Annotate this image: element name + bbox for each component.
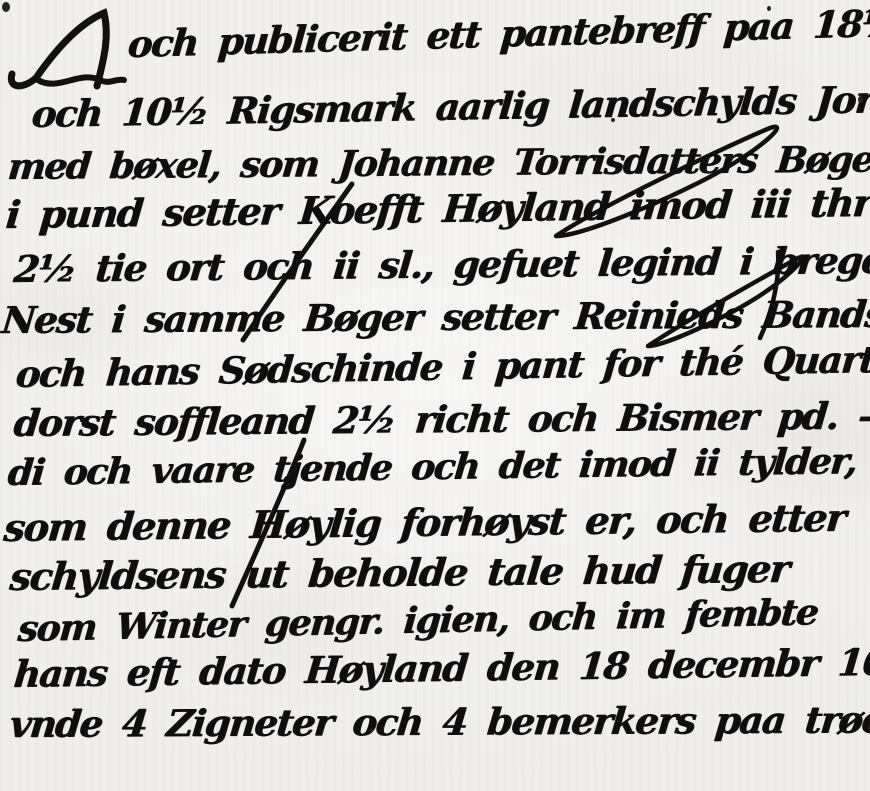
manuscript-line: hans eft dato Høyland den 18 decembr 166… <box>12 639 870 696</box>
manuscript-line: och publicerit ett pantebreff paa 18½ li… <box>126 0 870 66</box>
initial-word-flourish-underline <box>38 77 124 83</box>
manuscript-line: vnde 4 Zigneter och 4 bemerkers paa trøc… <box>8 697 870 746</box>
ink-speck <box>611 118 615 122</box>
manuscript-line: med bøxel, som Johanne Torrisdatters Bøg… <box>6 138 870 188</box>
manuscript-line: dorst soffleand 2½ richt och Bismer pd. … <box>12 393 870 445</box>
ink-speck <box>858 96 863 103</box>
manuscript-line: 2½ tie ort och ii sl., gefuet legind i b… <box>12 238 870 291</box>
manuscript-line: i pund setter Koefft Høyland imod iii th… <box>4 179 870 237</box>
manuscript-line: Nest i samme Bøger setter Reinieds Bands… <box>0 291 870 342</box>
ink-speck <box>2 2 10 12</box>
manuscript-line: som Winter gengr. igien, och im fembte <box>16 591 819 650</box>
initial-word-flourish <box>11 13 106 86</box>
manuscript-line: och hans Sødschinde i pant for thé Quart… <box>14 336 870 396</box>
manuscript-line: och 10½ Rigsmark aarlig landschylds Jord… <box>30 75 870 136</box>
manuscript-line: schyldsens ut beholde tale hud fuger <box>8 546 791 599</box>
ink-speck <box>767 6 771 11</box>
manuscript-page: och publicerit ett pantebreff paa 18½ li… <box>0 0 870 791</box>
manuscript-line: som denne Høylig forhøyst er, och etter <box>2 495 847 550</box>
manuscript-line: di och vaare tjende och det imod ii tyld… <box>6 439 870 494</box>
